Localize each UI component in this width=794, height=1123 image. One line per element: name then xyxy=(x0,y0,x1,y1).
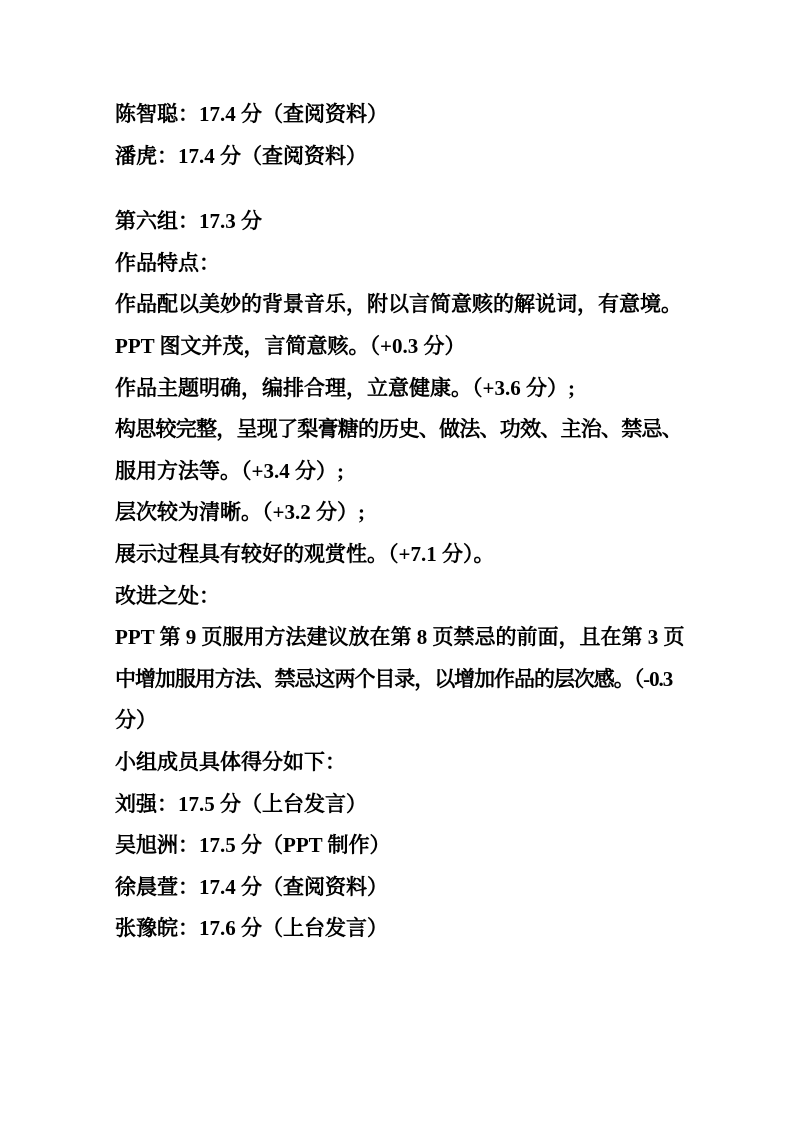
member-score-line: 潘虎：17.4 分（查阅资料） xyxy=(115,136,698,178)
member-score-line: 陈智聪：17.4 分（查阅资料） xyxy=(115,94,698,136)
blank-line xyxy=(115,177,698,201)
improvement-line: 中增加服用方法、禁忌这两个目录，以增加作品的层次感。（-0.3 xyxy=(115,659,698,701)
member-scores-heading: 小组成员具体得分如下： xyxy=(115,742,698,784)
improvements-heading: 改进之处： xyxy=(115,576,698,618)
feature-line: 展示过程具有较好的观赏性。（+7.1 分）。 xyxy=(115,534,698,576)
member-score-line: 刘强：17.5 分（上台发言） xyxy=(115,784,698,826)
feature-line: 作品配以美妙的背景音乐，附以言简意赅的解说词，有意境。 xyxy=(115,284,698,326)
member-score-line: 徐晨萱：17.4 分（查阅资料） xyxy=(115,867,698,909)
feature-line: 作品主题明确，编排合理，立意健康。（+3.6 分）; xyxy=(115,368,698,410)
improvement-line: PPT 第 9 页服用方法建议放在第 8 页禁忌的前面，且在第 3 页 xyxy=(115,617,698,659)
feature-line: 构思较完整，呈现了梨膏糖的历史、做法、功效、主治、禁忌、 xyxy=(115,409,698,451)
member-score-line: 张豫皖：17.6 分（上台发言） xyxy=(115,908,698,950)
document-page: 陈智聪：17.4 分（查阅资料） 潘虎：17.4 分（查阅资料） 第六组：17.… xyxy=(0,0,794,1123)
member-score-line: 吴旭洲：17.5 分（PPT 制作） xyxy=(115,825,698,867)
group-title: 第六组：17.3 分 xyxy=(115,201,698,243)
improvement-line: 分） xyxy=(115,700,698,742)
features-heading: 作品特点： xyxy=(115,243,698,285)
feature-line: 服用方法等。（+3.4 分）; xyxy=(115,451,698,493)
feature-line: PPT 图文并茂，言简意赅。（+0.3 分） xyxy=(115,326,698,368)
feature-line: 层次较为清晰。（+3.2 分）; xyxy=(115,492,698,534)
